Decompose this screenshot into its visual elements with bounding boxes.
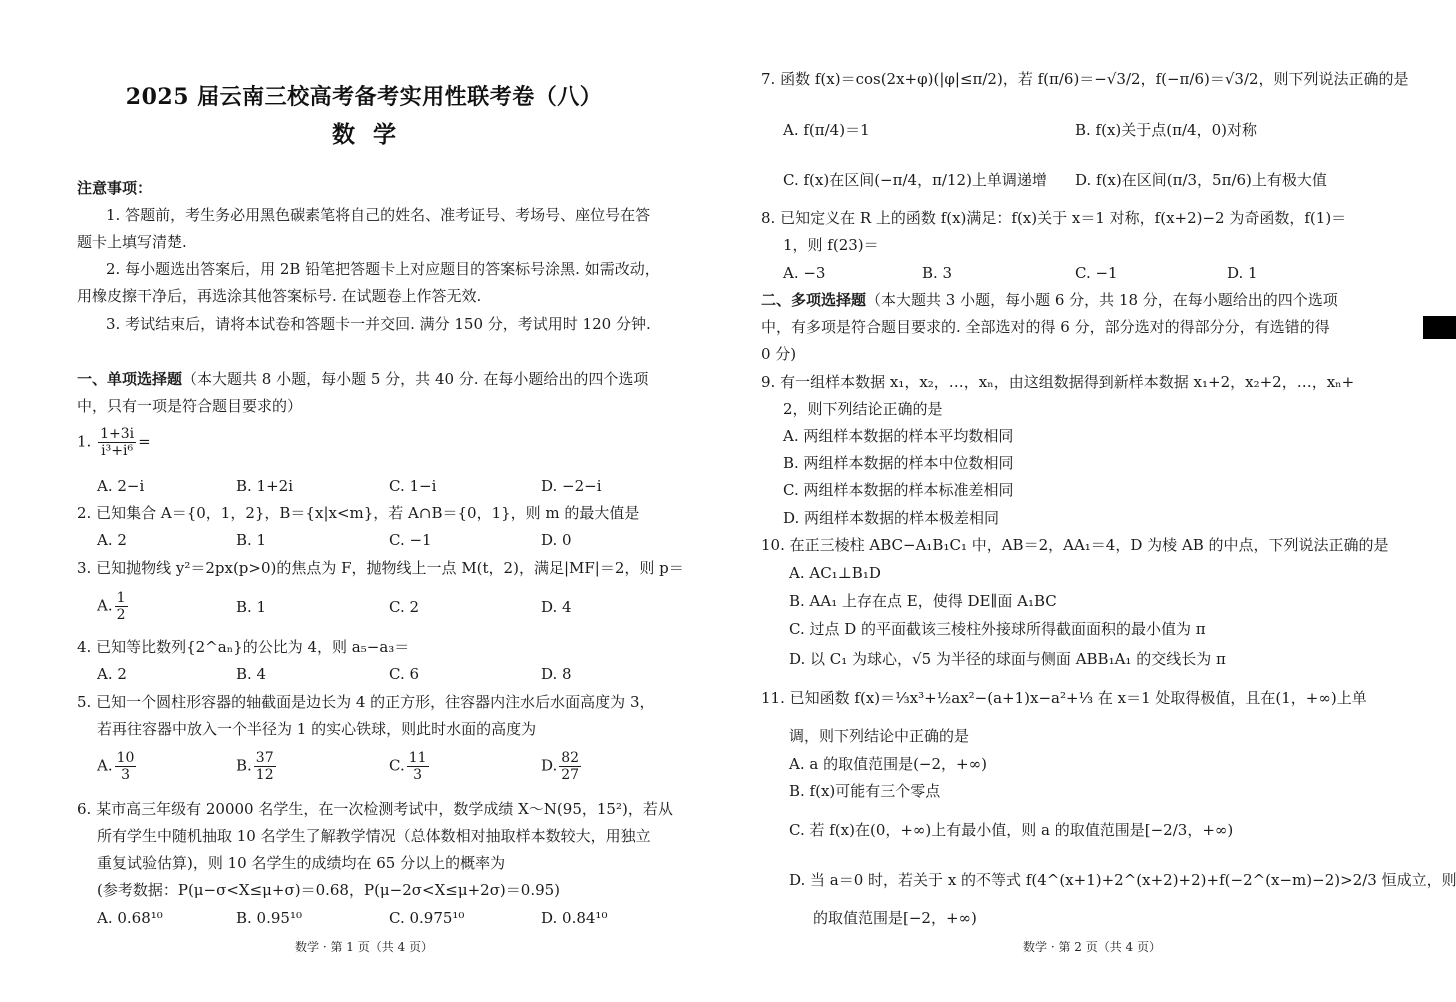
option-c: C. f(x)在区间(−π/4，π/12)上单调递增: [783, 170, 1047, 190]
question-3: 3. 已知抛物线 y²＝2px(p>0)的焦点为 F，抛物线上一点 M(t，2)…: [77, 558, 684, 578]
question-6: 6. 某市高三年级有 20000 名学生，在一次检测考试中，数学成绩 X～N(9…: [77, 799, 673, 819]
option-d: D. 两组样本数据的样本极差相同: [783, 508, 999, 528]
notice-item-1: 1. 答题前，考生务必用黑色碳素笔将自己的姓名、准考证号、考场号、座位号在答: [106, 205, 650, 225]
fraction: 103: [115, 750, 137, 783]
question-11: 11. 已知函数 f(x)＝⅓x³+½ax²−(a+1)x−a²+⅓ 在 x＝1…: [761, 688, 1367, 708]
option-d: D. 以 C₁ 为球心，√5 为半径的球面与侧面 ABB₁A₁ 的交线长为 π: [789, 649, 1226, 669]
option-a: A. 2: [97, 530, 127, 550]
subject-title: 数学: [0, 116, 728, 149]
question-number: 4.: [77, 638, 91, 656]
option-d: D. 当 a＝0 时，若关于 x 的不等式 f(4^(x+1)+2^(x+2)+…: [789, 870, 1456, 890]
fraction: 3712: [254, 750, 276, 783]
section-1-desc: （本大题共 8 小题，每小题 5 分，共 40 分. 在每小题给出的四个选项: [182, 370, 648, 388]
option-a: A. f(π/4)＝1: [783, 120, 870, 140]
question-stem: 已知抛物线 y²＝2px(p>0)的焦点为 F，抛物线上一点 M(t，2)，满足…: [96, 559, 684, 577]
question-stem: 函数 f(x)＝cos(2x+φ)(|φ|≤π/2)，若 f(π/6)＝−√3/…: [780, 70, 1408, 88]
option-d: D. f(x)在区间(π/3，5π/6)上有极大值: [1075, 170, 1327, 190]
question-9: 9. 有一组样本数据 x₁，x₂，…，xₙ，由这组数据得到新样本数据 x₁+2，…: [761, 372, 1354, 392]
question-9-cont: 2，则下列结论正确的是: [783, 399, 943, 419]
question-number: 2.: [77, 504, 91, 522]
question-stem: 已知等比数列{2^aₙ}的公比为 4，则 a₅−a₃＝: [96, 638, 409, 656]
question-8: 8. 已知定义在 R 上的函数 f(x)满足：f(x)关于 x＝1 对称，f(x…: [761, 208, 1346, 228]
question-5: 5. 已知一个圆柱形容器的轴截面是边长为 4 的正方形，往容器内注水后水面高度为…: [77, 692, 655, 712]
option-d: D. 0.84¹⁰: [541, 908, 607, 928]
question-2: 2. 已知集合 A＝{0，1，2}，B＝{x|x<m}，若 A∩B＝{0，1}，…: [77, 503, 639, 523]
option-b: B. 1: [236, 530, 266, 550]
fraction: 113: [407, 750, 429, 783]
option-a: A. −3: [783, 263, 825, 283]
option-a: A. 2: [97, 664, 127, 684]
section-2-header: 二、多项选择题（本大题共 3 小题，每小题 6 分，共 18 分，在每小题给出的…: [761, 290, 1338, 310]
question-number: 1.: [77, 433, 91, 451]
question-stem: 已知函数 f(x)＝⅓x³+½ax²−(a+1)x−a²+⅓ 在 x＝1 处取得…: [790, 689, 1367, 707]
exam-page-1: 2025 届云南三校高考备考实用性联考卷（八） 数学 注意事项： 1. 答题前，…: [0, 0, 728, 1002]
notice-item-2: 2. 每小题选出答案后，用 2B 铅笔把答题卡上对应题目的答案标号涂黑. 如需改…: [106, 259, 660, 279]
option-b: B. AA₁ 上存在点 E，使得 DE∥面 A₁BC: [789, 591, 1057, 611]
section-2-desc: （本大题共 3 小题，每小题 6 分，共 18 分，在每小题给出的四个选项: [866, 291, 1338, 309]
option-c: C. 2: [389, 597, 419, 617]
option-b: B. 1: [236, 597, 266, 617]
option-b: B. f(x)可能有三个零点: [789, 781, 940, 801]
option-c: C. −1: [389, 530, 432, 550]
question-11-cont: 调，则下列结论中正确的是: [789, 726, 969, 746]
exam-page-2: 7. 函数 f(x)＝cos(2x+φ)(|φ|≤π/2)，若 f(π/6)＝−…: [728, 0, 1456, 1002]
question-number: 6.: [77, 800, 91, 818]
option-b: B. 3: [922, 263, 952, 283]
question-stem: 已知一个圆柱形容器的轴截面是边长为 4 的正方形，往容器内注水后水面高度为 3，: [96, 693, 654, 711]
page-footer: 数学 · 第 2 页（共 4 页）: [728, 938, 1456, 955]
section-2-heading: 二、多项选择题: [761, 291, 866, 309]
section-2-desc-cont-2: 0 分): [761, 344, 796, 364]
question-number: 3.: [77, 559, 91, 577]
page-footer: 数学 · 第 1 页（共 4 页）: [0, 938, 728, 955]
binding-edge-mark: [1423, 316, 1456, 339]
option-a: A. 2−i: [97, 476, 144, 496]
question-8-cont: 1，则 f(23)＝: [783, 235, 879, 255]
question-7: 7. 函数 f(x)＝cos(2x+φ)(|φ|≤π/2)，若 f(π/6)＝−…: [761, 69, 1409, 89]
question-number: 11.: [761, 689, 785, 707]
option-a: A. a 的取值范围是(−2，+∞): [789, 754, 987, 774]
notice-item-2-cont: 用橡皮擦干净后，再选涂其他答案标号. 在试题卷上作答无效.: [77, 286, 481, 306]
fraction: 12: [115, 590, 128, 623]
option-d: D. 0: [541, 530, 572, 550]
option-c: C.113: [389, 750, 431, 783]
option-d: D. 8: [541, 664, 572, 684]
option-a: A. 0.68¹⁰: [97, 908, 163, 928]
question-6-cont-2: 重复试验估算)，则 10 名学生的成绩均在 65 分以上的概率为: [97, 853, 505, 873]
option-c: C. 6: [389, 664, 419, 684]
exam-title: 2025 届云南三校高考备考实用性联考卷（八）: [0, 80, 728, 111]
question-4: 4. 已知等比数列{2^aₙ}的公比为 4，则 a₅−a₃＝: [77, 637, 409, 657]
option-b: B. 1+2i: [236, 476, 293, 496]
option-a: A.103: [97, 750, 138, 783]
option-c: C. −1: [1075, 263, 1118, 283]
question-stem: 有一组样本数据 x₁，x₂，…，xₙ，由这组数据得到新样本数据 x₁+2，x₂+…: [780, 373, 1354, 391]
option-d: D.8227: [541, 750, 583, 783]
option-b: B. 4: [236, 664, 266, 684]
question-1: 1. 1+3ii³+i⁶=: [77, 426, 151, 459]
section-1-header: 一、单项选择题（本大题共 8 小题，每小题 5 分，共 40 分. 在每小题给出…: [77, 369, 648, 389]
option-c: C. 0.975¹⁰: [389, 908, 464, 928]
question-stem: 在正三棱柱 ABC−A₁B₁C₁ 中，AB＝2，AA₁＝4，D 为棱 AB 的中…: [790, 536, 1389, 554]
option-d: D. −2−i: [541, 476, 602, 496]
option-a: A.12: [97, 590, 130, 623]
question-5-cont: 若再往容器中放入一个半径为 1 的实心铁球，则此时水面的高度为: [97, 719, 536, 739]
question-number: 8.: [761, 209, 775, 227]
section-1-desc-cont: 中，只有一项是符合题目要求的）: [77, 396, 302, 416]
question-stem: 已知集合 A＝{0，1，2}，B＝{x|x<m}，若 A∩B＝{0，1}，则 m…: [96, 504, 639, 522]
option-b: B. f(x)关于点(π/4，0)对称: [1075, 120, 1257, 140]
fraction: 8227: [559, 750, 581, 783]
question-stem: 某市高三年级有 20000 名学生，在一次检测考试中，数学成绩 X～N(95，1…: [96, 800, 673, 818]
option-a: A. 两组样本数据的样本平均数相同: [783, 426, 1013, 446]
option-c: C. 过点 D 的平面截该三棱柱外接球所得截面面积的最小值为 π: [789, 619, 1206, 639]
question-number: 5.: [77, 693, 91, 711]
question-number: 9.: [761, 373, 775, 391]
option-c: C. 若 f(x)在(0，+∞)上有最小值，则 a 的取值范围是[−2/3，+∞…: [789, 820, 1233, 840]
section-2-desc-cont-1: 中，有多项是符合题目要求的. 全部选对的得 6 分，部分选对的得部分分，有选错的…: [761, 317, 1330, 337]
notice-item-1-cont: 题卡上填写清楚.: [77, 232, 187, 252]
question-stem: 已知定义在 R 上的函数 f(x)满足：f(x)关于 x＝1 对称，f(x+2)…: [780, 209, 1346, 227]
option-d: D. 4: [541, 597, 572, 617]
option-a: A. AC₁⊥B₁D: [789, 563, 881, 583]
fraction: 1+3ii³+i⁶: [98, 426, 136, 459]
option-b: B. 0.95¹⁰: [236, 908, 302, 928]
option-c: C. 两组样本数据的样本标准差相同: [783, 480, 1013, 500]
option-d-cont: 的取值范围是[−2，+∞): [813, 908, 977, 928]
section-1-heading: 一、单项选择题: [77, 370, 182, 388]
notice-item-3: 3. 考试结束后，请将本试卷和答题卡一并交回. 满分 150 分，考试用时 12…: [106, 314, 651, 334]
notice-heading: 注意事项：: [77, 178, 152, 198]
option-c: C. 1−i: [389, 476, 436, 496]
question-number: 10.: [761, 536, 785, 554]
option-b: B.3712: [236, 750, 278, 783]
option-b: B. 两组样本数据的样本中位数相同: [783, 453, 1014, 473]
question-number: 7.: [761, 70, 775, 88]
question-10: 10. 在正三棱柱 ABC−A₁B₁C₁ 中，AB＝2，AA₁＝4，D 为棱 A…: [761, 535, 1389, 555]
question-6-reference-data: (参考数据：P(μ−σ<X≤μ+σ)＝0.68，P(μ−2σ<X≤μ+2σ)＝0…: [97, 880, 560, 900]
question-6-cont-1: 所有学生中随机抽取 10 名学生了解教学情况（总体数相对抽取样本数较大，用独立: [97, 826, 651, 846]
option-d: D. 1: [1227, 263, 1258, 283]
